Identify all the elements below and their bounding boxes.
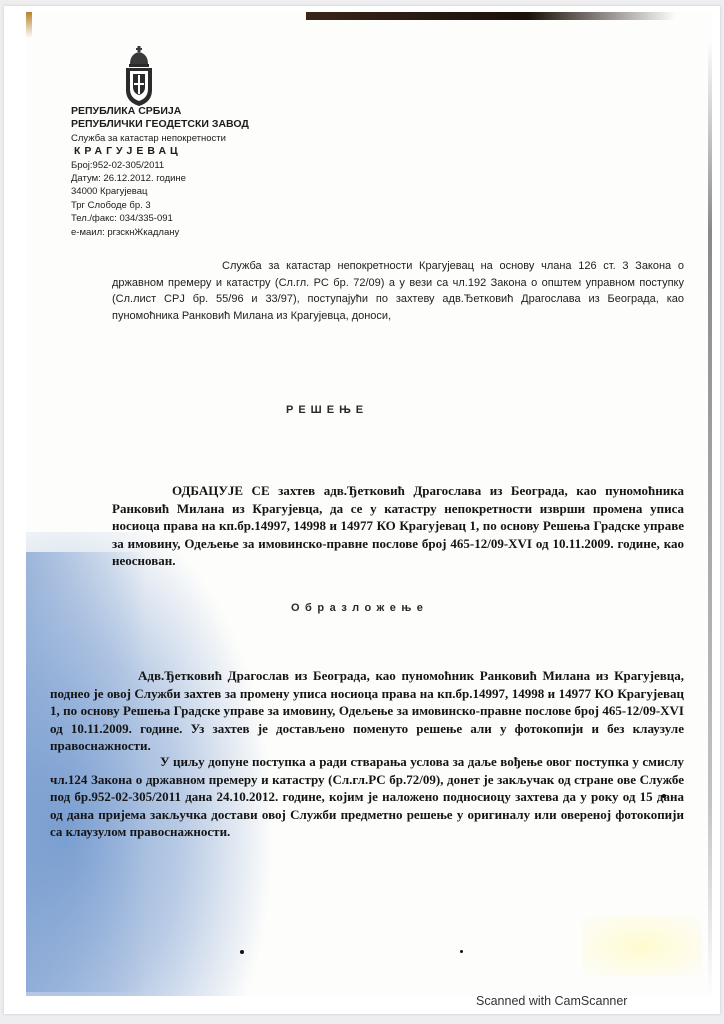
page-right-edge (708, 42, 712, 992)
reasoning-heading: Образложење (291, 602, 428, 614)
header-address: Трг Слободе бр. 3 (71, 199, 249, 212)
header-case-number: Број:952-02-305/2011 (71, 159, 249, 172)
camscanner-watermark: Scanned with CamScanner (476, 994, 627, 1008)
decision-heading: РЕШЕЊЕ (286, 404, 368, 416)
header-date: Датум: 26.12.2012. године (71, 172, 249, 185)
reasoning-paragraph-2: У циљу допуне поступка а ради стварања у… (50, 753, 684, 841)
serbia-coat-of-arms-icon (122, 46, 156, 108)
header-postal: 34000 Крагујевац (71, 185, 249, 198)
ink-speck (662, 794, 666, 798)
ink-speck (240, 950, 244, 954)
page-edge-stain (26, 12, 32, 38)
header-city: КРАГУЈЕВАЦ (71, 145, 249, 158)
header-service: Служба за катастар непокретности (71, 132, 249, 145)
header-country: РЕПУБЛИКА СРБИЈА (71, 105, 249, 118)
header-agency: РЕПУБЛИЧКИ ГЕОДЕТСКИ ЗАВОД (71, 118, 249, 131)
header-phone: Тел./факс: 034/335-091 (71, 212, 249, 225)
yellow-stain (582, 916, 702, 976)
intro-paragraph: Служба за катастар непокретности Крагује… (112, 258, 684, 324)
reasoning-paragraph-1: Адв.Ђетковић Драгослав из Београда, као … (50, 667, 684, 755)
page-top-shadow (306, 12, 676, 20)
document-page: РЕПУБЛИКА СРБИЈА РЕПУБЛИЧКИ ГЕОДЕТСКИ ЗА… (26, 12, 712, 996)
decision-paragraph: ОДБАЦУЈЕ СЕ захтев адв.Ђетковић Драгосла… (112, 482, 684, 570)
header-email: е-маил: ргзскнЖкадлану (71, 226, 249, 239)
issuer-header: РЕПУБЛИКА СРБИЈА РЕПУБЛИЧКИ ГЕОДЕТСКИ ЗА… (71, 105, 249, 239)
scan-frame: РЕПУБЛИКА СРБИЈА РЕПУБЛИЧКИ ГЕОДЕТСКИ ЗА… (4, 6, 720, 1014)
ink-speck (460, 950, 463, 953)
